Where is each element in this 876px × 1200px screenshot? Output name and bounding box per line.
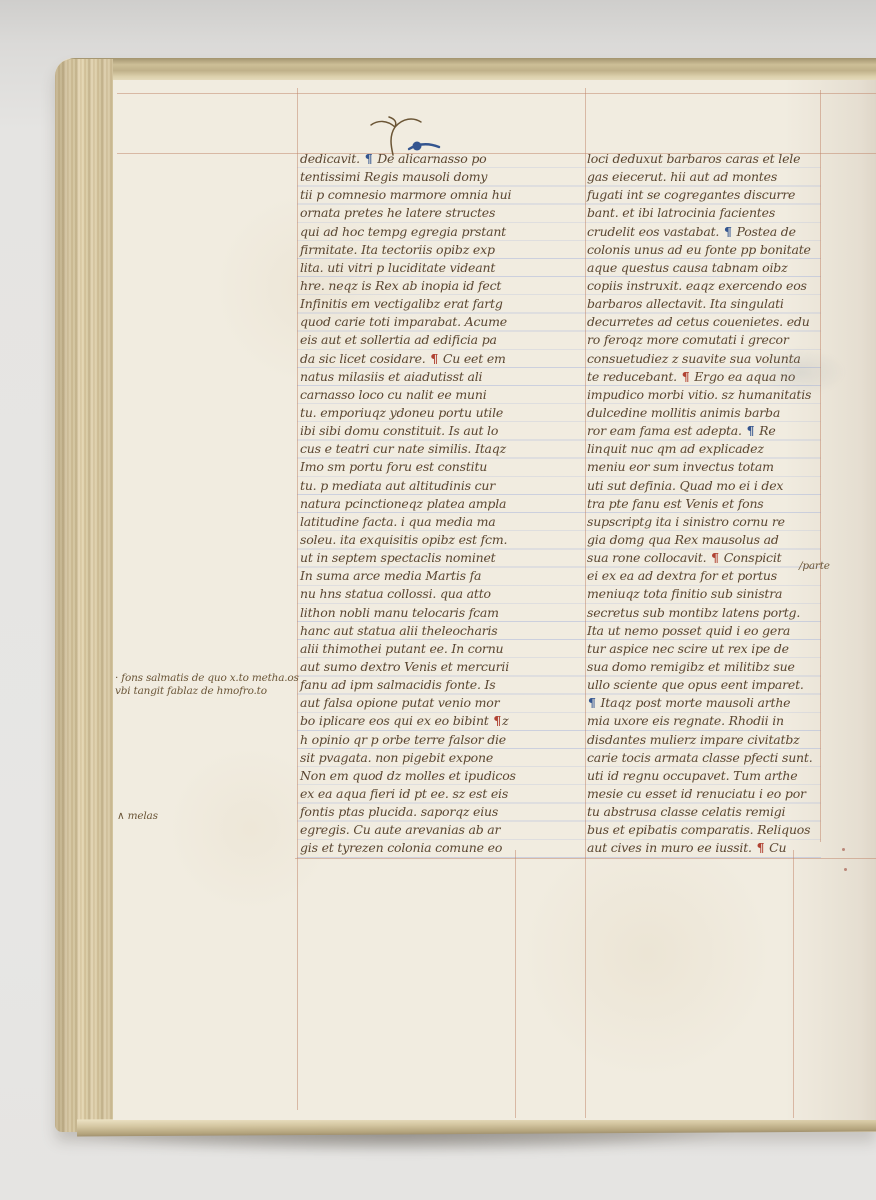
manuscript-text-line: aut sumo dextro Venis et mercurii [300,658,536,676]
manuscript-text-line: Imo sm portu foru est constitu [300,458,536,476]
manuscript-text-line: tur aspice nec scire ut rex ipe de [587,640,823,658]
manuscript-text-line: bo iplicare eos qui ex eo bibint ¶z [300,712,536,730]
manuscript-text-line: Ita ut nemo posset quid i eo gera [587,622,823,640]
ink-speck [842,848,845,851]
manuscript-text-line: ei ex ea ad dextra for et portus [587,567,823,585]
margin-note-line: · fons salmatis de quo x.to metha.os [115,672,299,685]
manuscript-text-line: sit pvagata. non pigebit expone [300,749,536,767]
manuscript-text-line: disdantes mulierz impare civitatbz [587,731,823,749]
manuscript-book: dedicavit. ¶ De alicarnasso potentissimi… [55,58,876,1132]
manuscript-text-line: Non em quod dz molles et ipudicos [300,767,536,785]
manuscript-text-line: cus e teatri cur nate similis. Itaqz [300,440,536,458]
manuscript-text-line: lithon nobli manu telocaris fcam [300,604,536,622]
manuscript-text-line: natura pcinctioneqz platea ampla [300,495,536,513]
manuscript-text-line: alii thimothei putant ee. In cornu [300,640,536,658]
pilcrow-red: ¶ [681,369,691,384]
manuscript-text-line: fanu ad ipm salmacidis fonte. Is [300,676,536,694]
manuscript-text-line: egregis. Cu aute arevanias ab ar [300,821,536,839]
manuscript-text-line: ro feroqz more comutati i grecor [587,331,823,349]
pilcrow-blue: ¶ [746,423,756,438]
pilcrow-red: ¶ [429,351,439,366]
manuscript-text-line: barbaros allectavit. Ita singulati [587,295,823,313]
ink-speck [844,868,847,871]
manuscript-text-line: h opinio qr p orbe terre falsor die [300,731,536,749]
manuscript-text-line: tu. emporiuqz ydoneu portu utile [300,404,536,422]
pilcrow-blue: ¶ [723,224,733,239]
manuscript-text-line: nu hns statua collossi. qua atto [300,585,536,603]
manuscript-text-line: hanc aut statua alii theleocharis [300,622,536,640]
margin-note-parte: ∕parte [799,560,830,573]
manuscript-text-line: ror eam fama est adepta. ¶ Re [587,422,823,440]
manuscript-text-line: aut cives in muro ee iussit. ¶ Cu [587,839,823,857]
parchment-page: dedicavit. ¶ De alicarnasso potentissimi… [113,80,876,1120]
manuscript-text-line: sua domo remigibz et militibz sue [587,658,823,676]
manuscript-text-line: hre. neqz is Rex ab inopia id fect [300,277,536,295]
manuscript-text-line: supscriptg ita i sinistro cornu re [587,513,823,531]
manuscript-text-line: In suma arce media Martis fa [300,567,536,585]
manuscript-text-line: gis et tyrezen colonia comune eo [300,839,536,857]
manuscript-text-line: Infinitis em vectigalibz erat fartg [300,295,536,313]
manuscript-text-line: qui ad hoc tempg egregia prstant [300,223,536,241]
manuscript-text-line: bant. et ibi latrocinia facientes [587,204,823,222]
manuscript-text-line: natus milasiis et aiadutisst ali [300,368,536,386]
manuscript-text-line: da sic licet cosidare. ¶ Cu eet em [300,350,536,368]
book-fore-edge-page-stack [55,59,113,1132]
margin-note-line: vbi tangit fablaz de hmofro.to [115,685,299,698]
manuscript-text-line: uti sut definia. Quad mo ei i dex [587,477,823,495]
manuscript-text-line: mia uxore eis regnate. Rhodii in [587,712,823,730]
manuscript-text-line: colonis unus ad eu fonte pp bonitate [587,241,823,259]
manuscript-text-line: tii p comnesio marmore omnia hui [300,186,536,204]
manuscript-text-line: linquit nuc qm ad explicadez [587,440,823,458]
manuscript-text-line: fugati int se cogregantes discurre [587,186,823,204]
manuscript-text-line: tra pte fanu est Venis et fons [587,495,823,513]
manuscript-text-line: quod carie toti imparabat. Acume [300,313,536,331]
manuscript-text-line: aque questus causa tabnam oibz [587,259,823,277]
margin-note-salmacis: · fons salmatis de quo x.to metha.os vbi… [115,672,299,698]
manuscript-text-line: latitudine facta. i qua media ma [300,513,536,531]
manuscript-text-line: decurretes ad cetus couenietes. edu [587,313,823,331]
manuscript-text-line: gas eiecerut. hii aut ad montes [587,168,823,186]
photo-background: { "page": { "left_column": { "lines": [ … [0,0,876,1200]
manuscript-text-line: ex ea aqua fieri id pt ee. sz est eis [300,785,536,803]
manuscript-text-line: tu abstrusa classe celatis remigi [587,803,823,821]
manuscript-text-line: bus et epibatis comparatis. Reliquos [587,821,823,839]
manuscript-text-line: meniuqz tota finitio sub sinistra [587,585,823,603]
manuscript-text-line: sua rone collocavit. ¶ Conspicit [587,549,823,567]
manuscript-text-line: ornata pretes he latere structes [300,204,536,222]
manuscript-text-line: ibi sibi domu constituit. Is aut lo [300,422,536,440]
ruling-line-vertical [793,850,794,1118]
manuscript-text-line: secretus sub montibz latens portg. [587,604,823,622]
manuscript-text-line: crudelit eos vastabat. ¶ Postea de [587,223,823,241]
manuscript-text-line: dedicavit. ¶ De alicarnasso po [300,150,536,168]
ruling-line-vertical [585,88,586,1118]
manuscript-text-line: eis aut et sollertia ad edificia pa [300,331,536,349]
manuscript-text-line: carie tocis armata classe pfecti sunt. [587,749,823,767]
manuscript-text-line: ullo sciente que opus eent imparet. [587,676,823,694]
manuscript-text-line: carnasso loco cu nalit ee muni [300,386,536,404]
manuscript-text-line: soleu. ita exquisitis opibz est fcm. [300,531,536,549]
manuscript-text-line: ¶ Itaqz post morte mausoli arthe [587,694,823,712]
pilcrow-red: ¶ [756,840,766,855]
pilcrow-blue: ¶ [587,695,597,710]
manuscript-text-line: tentissimi Regis mausoli domy [300,168,536,186]
manuscript-text-line: lita. uti vitri p luciditate videant [300,259,536,277]
manuscript-text-line: gia domg qua Rex mausolus ad [587,531,823,549]
manuscript-text-line: uti id regnu occupavet. Tum arthe [587,767,823,785]
ruling-line-horizontal [117,93,876,94]
manuscript-text-line: ut in septem spectaclis nominet [300,549,536,567]
manuscript-text-line: fontis ptas plucida. saporqz eius [300,803,536,821]
manuscript-text-line: firmitate. Ita tectoriis opibz exp [300,241,536,259]
manuscript-text-line: copiis instruxit. eaqz exercendo eos [587,277,823,295]
text-column-left: dedicavit. ¶ De alicarnasso potentissimi… [300,150,536,857]
manuscript-text-line: tu. p mediata aut altitudinis cur [300,477,536,495]
manuscript-text-line: loci deduxut barbaros caras et lele [587,150,823,168]
manuscript-text-line: aut falsa opione putat venio mor [300,694,536,712]
pilcrow-red: ¶ [492,713,502,728]
margin-note-melas: ∧ melas [117,810,158,823]
manuscript-text-line: meniu eor sum invectus totam [587,458,823,476]
ruling-line-vertical [515,850,516,1118]
bleedthrough-ghost [753,348,845,396]
manuscript-text-line: mesie cu esset id renuciatu i eo por [587,785,823,803]
manuscript-text-line: dulcedine mollitis animis barba [587,404,823,422]
ruling-line-vertical [297,88,298,1110]
text-column-right: loci deduxut barbaros caras et lelegas e… [587,150,823,857]
pilcrow-red: ¶ [710,550,720,565]
pilcrow-blue: ¶ [364,151,374,166]
